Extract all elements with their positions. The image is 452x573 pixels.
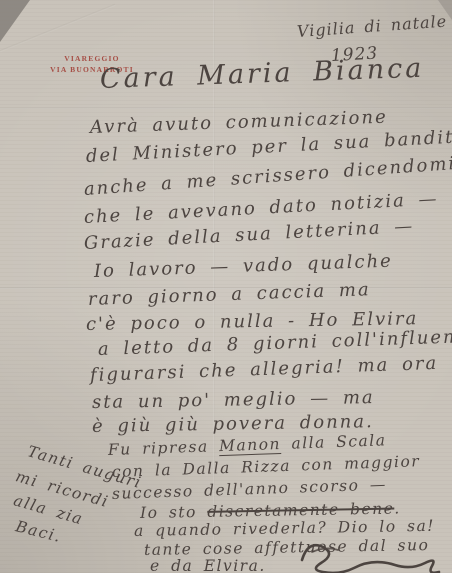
manon-post: alla Scala <box>281 431 387 453</box>
letter-line: figurarsi che allegria! ma ora <box>90 354 439 386</box>
manon-pre: Fu ripresa <box>108 437 220 459</box>
letter-line: raro giorno a caccia ma <box>88 280 371 310</box>
letter-line: e da Elvira. <box>150 556 266 573</box>
bene-post: . <box>394 499 401 517</box>
date-line: Vigilia di natale <box>296 12 447 42</box>
paper-corner-shadow-top-left <box>0 0 30 42</box>
letter-line: sta un po' meglio — ma <box>92 388 375 413</box>
signature-flourish <box>288 534 448 573</box>
letter-page: VIAREGGIO VIA BUONARROTI Vigilia di nata… <box>0 0 452 573</box>
manon-underlined: Manon <box>219 435 282 456</box>
letter-line: Io lavoro — vado qualche <box>94 252 393 282</box>
salutation: Cara Maria Bianca <box>100 59 425 90</box>
